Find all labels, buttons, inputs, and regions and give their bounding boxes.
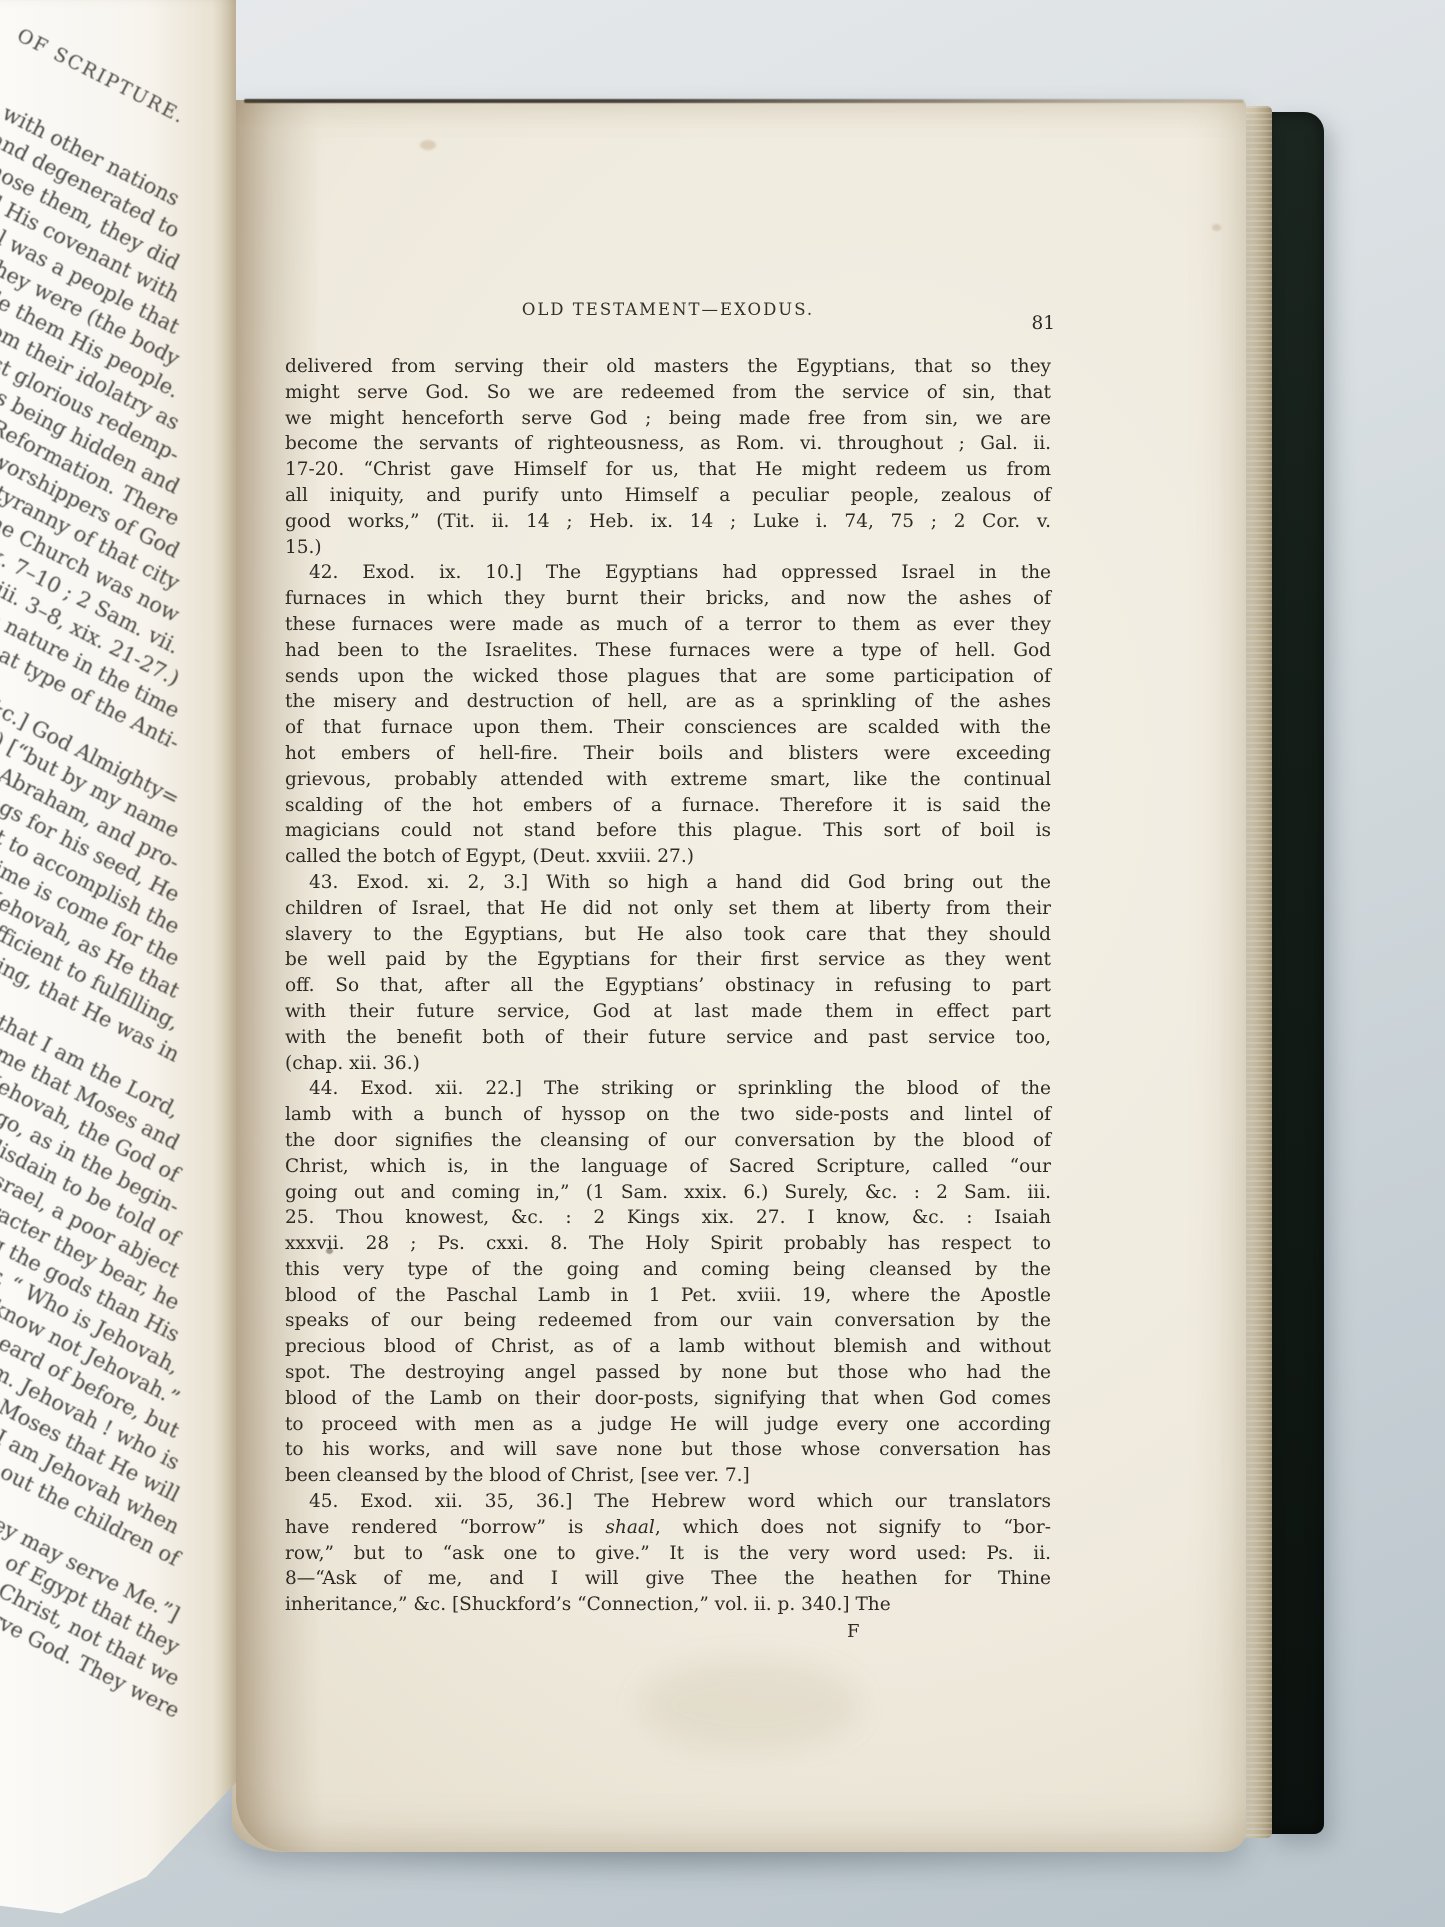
text-line: speaks of our being redeemed from our va… [285,1308,1051,1334]
text-line: precious blood of Christ, as of a lamb w… [285,1334,1051,1360]
text-line: furnaces in which they burnt their brick… [285,586,1051,612]
text-line: we might henceforth serve God ; being ma… [285,406,1051,432]
text-line: Christ, which is, in the language of Sac… [285,1154,1051,1180]
fox-spot [1212,224,1221,231]
text-line: off. So that, after all the Egyptians’ o… [285,973,1051,999]
text-line: this very type of the going and coming b… [285,1257,1051,1283]
text-line: the door signifies the cleansing of our … [285,1128,1051,1154]
text-line: blood of the Lamb on their door-posts, s… [285,1386,1051,1412]
text-line: going out and coming in,” (1 Sam. xxix. … [285,1180,1051,1206]
text-line: called the botch of Egypt, (Deut. xxviii… [285,844,1051,870]
page-top-edge [244,99,1244,103]
page-number: 81 [1031,313,1055,334]
book-cover-board [1266,112,1324,1834]
page-smudge [640,1660,860,1750]
text-line: all iniquity, and purify unto Himself a … [285,483,1051,509]
book-photo: OF SCRIPTURE.it was with other nationsGo… [0,0,1445,1927]
text-line: might serve God. So we are redeemed from… [285,380,1051,406]
text-line: to proceed with men as a judge He will j… [285,1412,1051,1438]
text-line: the misery and destruction of hell, are … [285,689,1051,715]
text-line: with their future service, God at last m… [285,999,1051,1025]
text-line: good works,” (Tit. ii. 14 ; Heb. ix. 14 … [285,509,1051,535]
page-header: OLD TESTAMENT—EXODUS. 81 [285,300,1051,326]
text-line: xxxvii. 28 ; Ps. cxxi. 8. The Holy Spiri… [285,1231,1051,1257]
text-line: be well paid by the Egyptians for their … [285,947,1051,973]
text-line: magicians could not stand before this pl… [285,818,1051,844]
text-line: (chap. xii. 36.) [285,1051,1051,1077]
text-line: 44. Exod. xii. 22.] The striking or spri… [285,1076,1051,1102]
text-line: 43. Exod. xi. 2, 3.] With so high a hand… [285,870,1051,896]
signature-mark: F [285,1621,1051,1642]
text-line: 15.) [285,535,1051,561]
fox-spot [420,140,436,150]
text-line: children of Israel, that He did not only… [285,896,1051,922]
running-head: OLD TESTAMENT—EXODUS. [522,300,814,319]
text-line: 25. Thou knowest, &c. : 2 Kings xix. 27.… [285,1205,1051,1231]
text-line: lamb with a bunch of hyssop on the two s… [285,1102,1051,1128]
text-line: row,” but to “ask one to give.” It is th… [285,1541,1051,1567]
text-line: been cleansed by the blood of Christ, [s… [285,1463,1051,1489]
text-line: 8—“Ask of me, and I will give Thee the h… [285,1566,1051,1592]
text-line: blood of the Paschal Lamb in 1 Pet. xvii… [285,1283,1051,1309]
right-page-text: OLD TESTAMENT—EXODUS. 81 delivered from … [285,300,1051,1642]
text-line: slavery to the Egyptians, but He also to… [285,922,1051,948]
text-line: become the servants of righteousness, as… [285,431,1051,457]
text-line: have rendered “borrow” is shaal, which d… [285,1515,1051,1541]
text-line: with the benefit both of their future se… [285,1025,1051,1051]
text-line: to his works, and will save none but tho… [285,1437,1051,1463]
text-line: had been to the Israelites. These furnac… [285,638,1051,664]
text-line: scalding of the hot embers of a furnace.… [285,793,1051,819]
text-line: delivered from serving their old masters… [285,354,1051,380]
text-line: these furnaces were made as much of a te… [285,612,1051,638]
text-line: spot. The destroying angel passed by non… [285,1360,1051,1386]
left-page-text: OF SCRIPTURE.it was with other nationsGo… [0,128,236,1728]
text-line: 42. Exod. ix. 10.] The Egyptians had opp… [285,560,1051,586]
text-line: inheritance,” &c. [Shuckford’s “Connecti… [285,1592,1051,1618]
text-line: 45. Exod. xii. 35, 36.] The Hebrew word … [285,1489,1051,1515]
body-text: delivered from serving their old masters… [285,354,1051,1618]
text-line: hot embers of hell-fire. Their boils and… [285,741,1051,767]
text-line: of that furnace upon them. Their conscie… [285,715,1051,741]
text-line: grievous, probably attended with extreme… [285,767,1051,793]
text-line: sends upon the wicked those plagues that… [285,664,1051,690]
text-line: 17-20. “Christ gave Himself for us, that… [285,457,1051,483]
